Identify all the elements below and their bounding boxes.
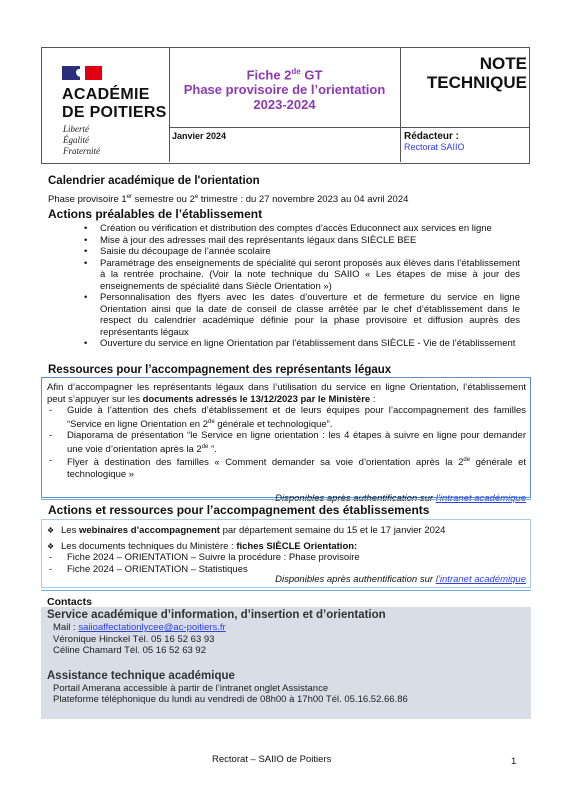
calendar-heading: Calendrier académique de l'orientation bbox=[48, 175, 260, 187]
list-item: Les documents techniques du Ministère : … bbox=[47, 541, 526, 553]
academy-logo: ACADÉMIE DE POITIERS Liberté Égalité Fra… bbox=[42, 48, 170, 162]
document-date: Janvier 2024 bbox=[169, 128, 401, 162]
list-item: Guide à l’attention des chefs d’établiss… bbox=[47, 405, 526, 430]
list-item: Paramétrage des enseignements de spécial… bbox=[84, 258, 520, 293]
list-item: Personnalisation des flyers avec les dat… bbox=[84, 292, 520, 338]
list-item: Ouverture du service en ligne Orientatio… bbox=[84, 338, 520, 350]
availability-note: Disponibles après authentification sur l… bbox=[47, 574, 526, 586]
list-item: Fiche 2024 – ORIENTATION – Suivre la pro… bbox=[47, 552, 526, 564]
contact-org-saiio: Service académique d’information, d’inse… bbox=[47, 608, 531, 622]
contact-person: Véronique Hinckel Tél. 05 16 52 63 93 bbox=[47, 634, 531, 646]
resources-legal-heading: Ressources pour l’accompagnement des rep… bbox=[48, 364, 391, 376]
document-title: Fiche 2de GT Phase provisoire de l’orien… bbox=[169, 48, 401, 128]
resources-schools-heading: Actions et ressources pour l’accompagnem… bbox=[48, 503, 429, 517]
contacts-box: Service académique d’information, d’inse… bbox=[41, 607, 531, 719]
page-number: 1 bbox=[511, 756, 516, 767]
list-item: Saisie du découpage de l’année scolaire bbox=[84, 246, 520, 258]
calendar-text: Phase provisoire 1er semestre ou 2e trim… bbox=[48, 192, 408, 206]
footer-text: Rectorat – SAIIO de Poitiers bbox=[212, 754, 331, 765]
list-item: Création ou vérification et distribution… bbox=[84, 223, 520, 235]
list-item: Mise à jour des adresses mail des représ… bbox=[84, 235, 520, 247]
academy-name: ACADÉMIE DE POITIERS bbox=[62, 86, 167, 122]
resources-legal-box: Afin d’accompagner les représentants lég… bbox=[41, 377, 531, 498]
divider bbox=[41, 590, 531, 591]
actions-heading: Actions préalables de l’établissement bbox=[48, 207, 262, 221]
list-item: Diaporama de présentation “le Service en… bbox=[47, 430, 526, 455]
intranet-link[interactable]: l’intranet académique bbox=[436, 574, 526, 585]
actions-list: Création ou vérification et distribution… bbox=[84, 223, 520, 350]
document-type: NOTE TECHNIQUE bbox=[401, 48, 529, 128]
list-item: Flyer à destination des familles « Comme… bbox=[47, 455, 526, 480]
document-author: Rédacteur : Rectorat SAIIO bbox=[401, 128, 529, 162]
resources-schools-box: Les webinaires d’accompagnement par dépa… bbox=[41, 519, 531, 588]
document-header: ACADÉMIE DE POITIERS Liberté Égalité Fra… bbox=[41, 47, 530, 164]
contact-org-assistance: Assistance technique académique bbox=[47, 669, 531, 683]
email-link[interactable]: saiioaffectationlycee@ac-poitiers.fr bbox=[78, 622, 225, 633]
marianne-flag-icon bbox=[62, 66, 102, 80]
republic-motto: Liberté Égalité Fraternité bbox=[63, 124, 100, 157]
contact-person: Céline Chamard Tél. 05 16 52 63 92 bbox=[47, 645, 531, 657]
list-item: Fiche 2024 – ORIENTATION – Statistiques bbox=[47, 564, 526, 576]
list-item: Les webinaires d’accompagnement par dépa… bbox=[47, 525, 526, 537]
